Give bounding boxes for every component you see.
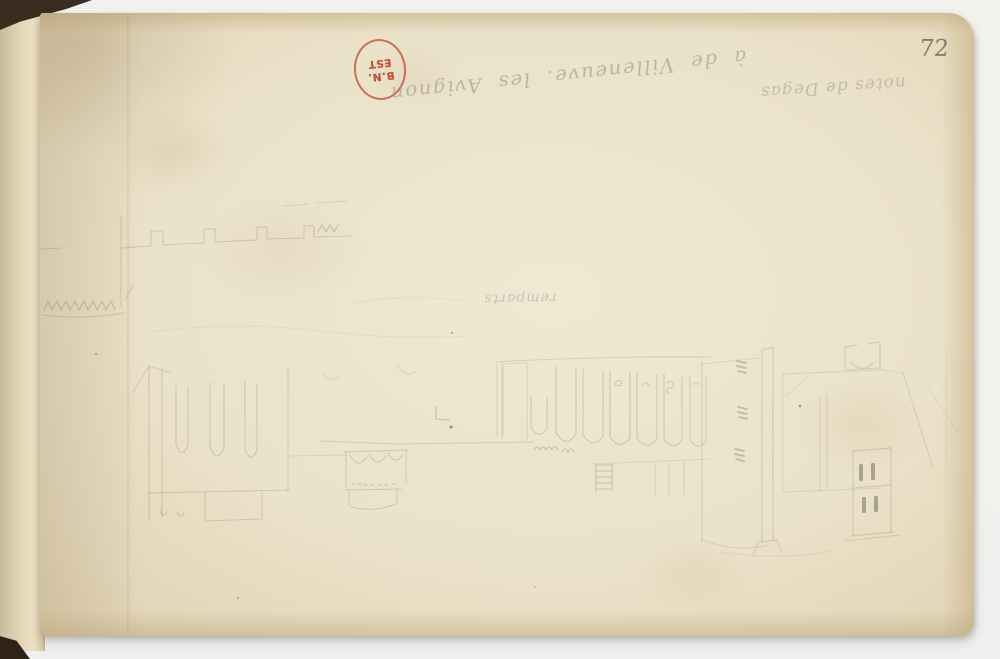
book-page-block-edge [0,3,45,651]
inscription-center: remparts [450,277,591,319]
folio-number: 72 [910,32,958,66]
gutter-crease [127,16,130,634]
stamp-line2: EST [367,56,392,71]
inscription-top-right: notes de Degas [754,57,911,118]
scan-background: B.N. EST à de Villeneuve. les Avignon no… [0,0,1000,659]
